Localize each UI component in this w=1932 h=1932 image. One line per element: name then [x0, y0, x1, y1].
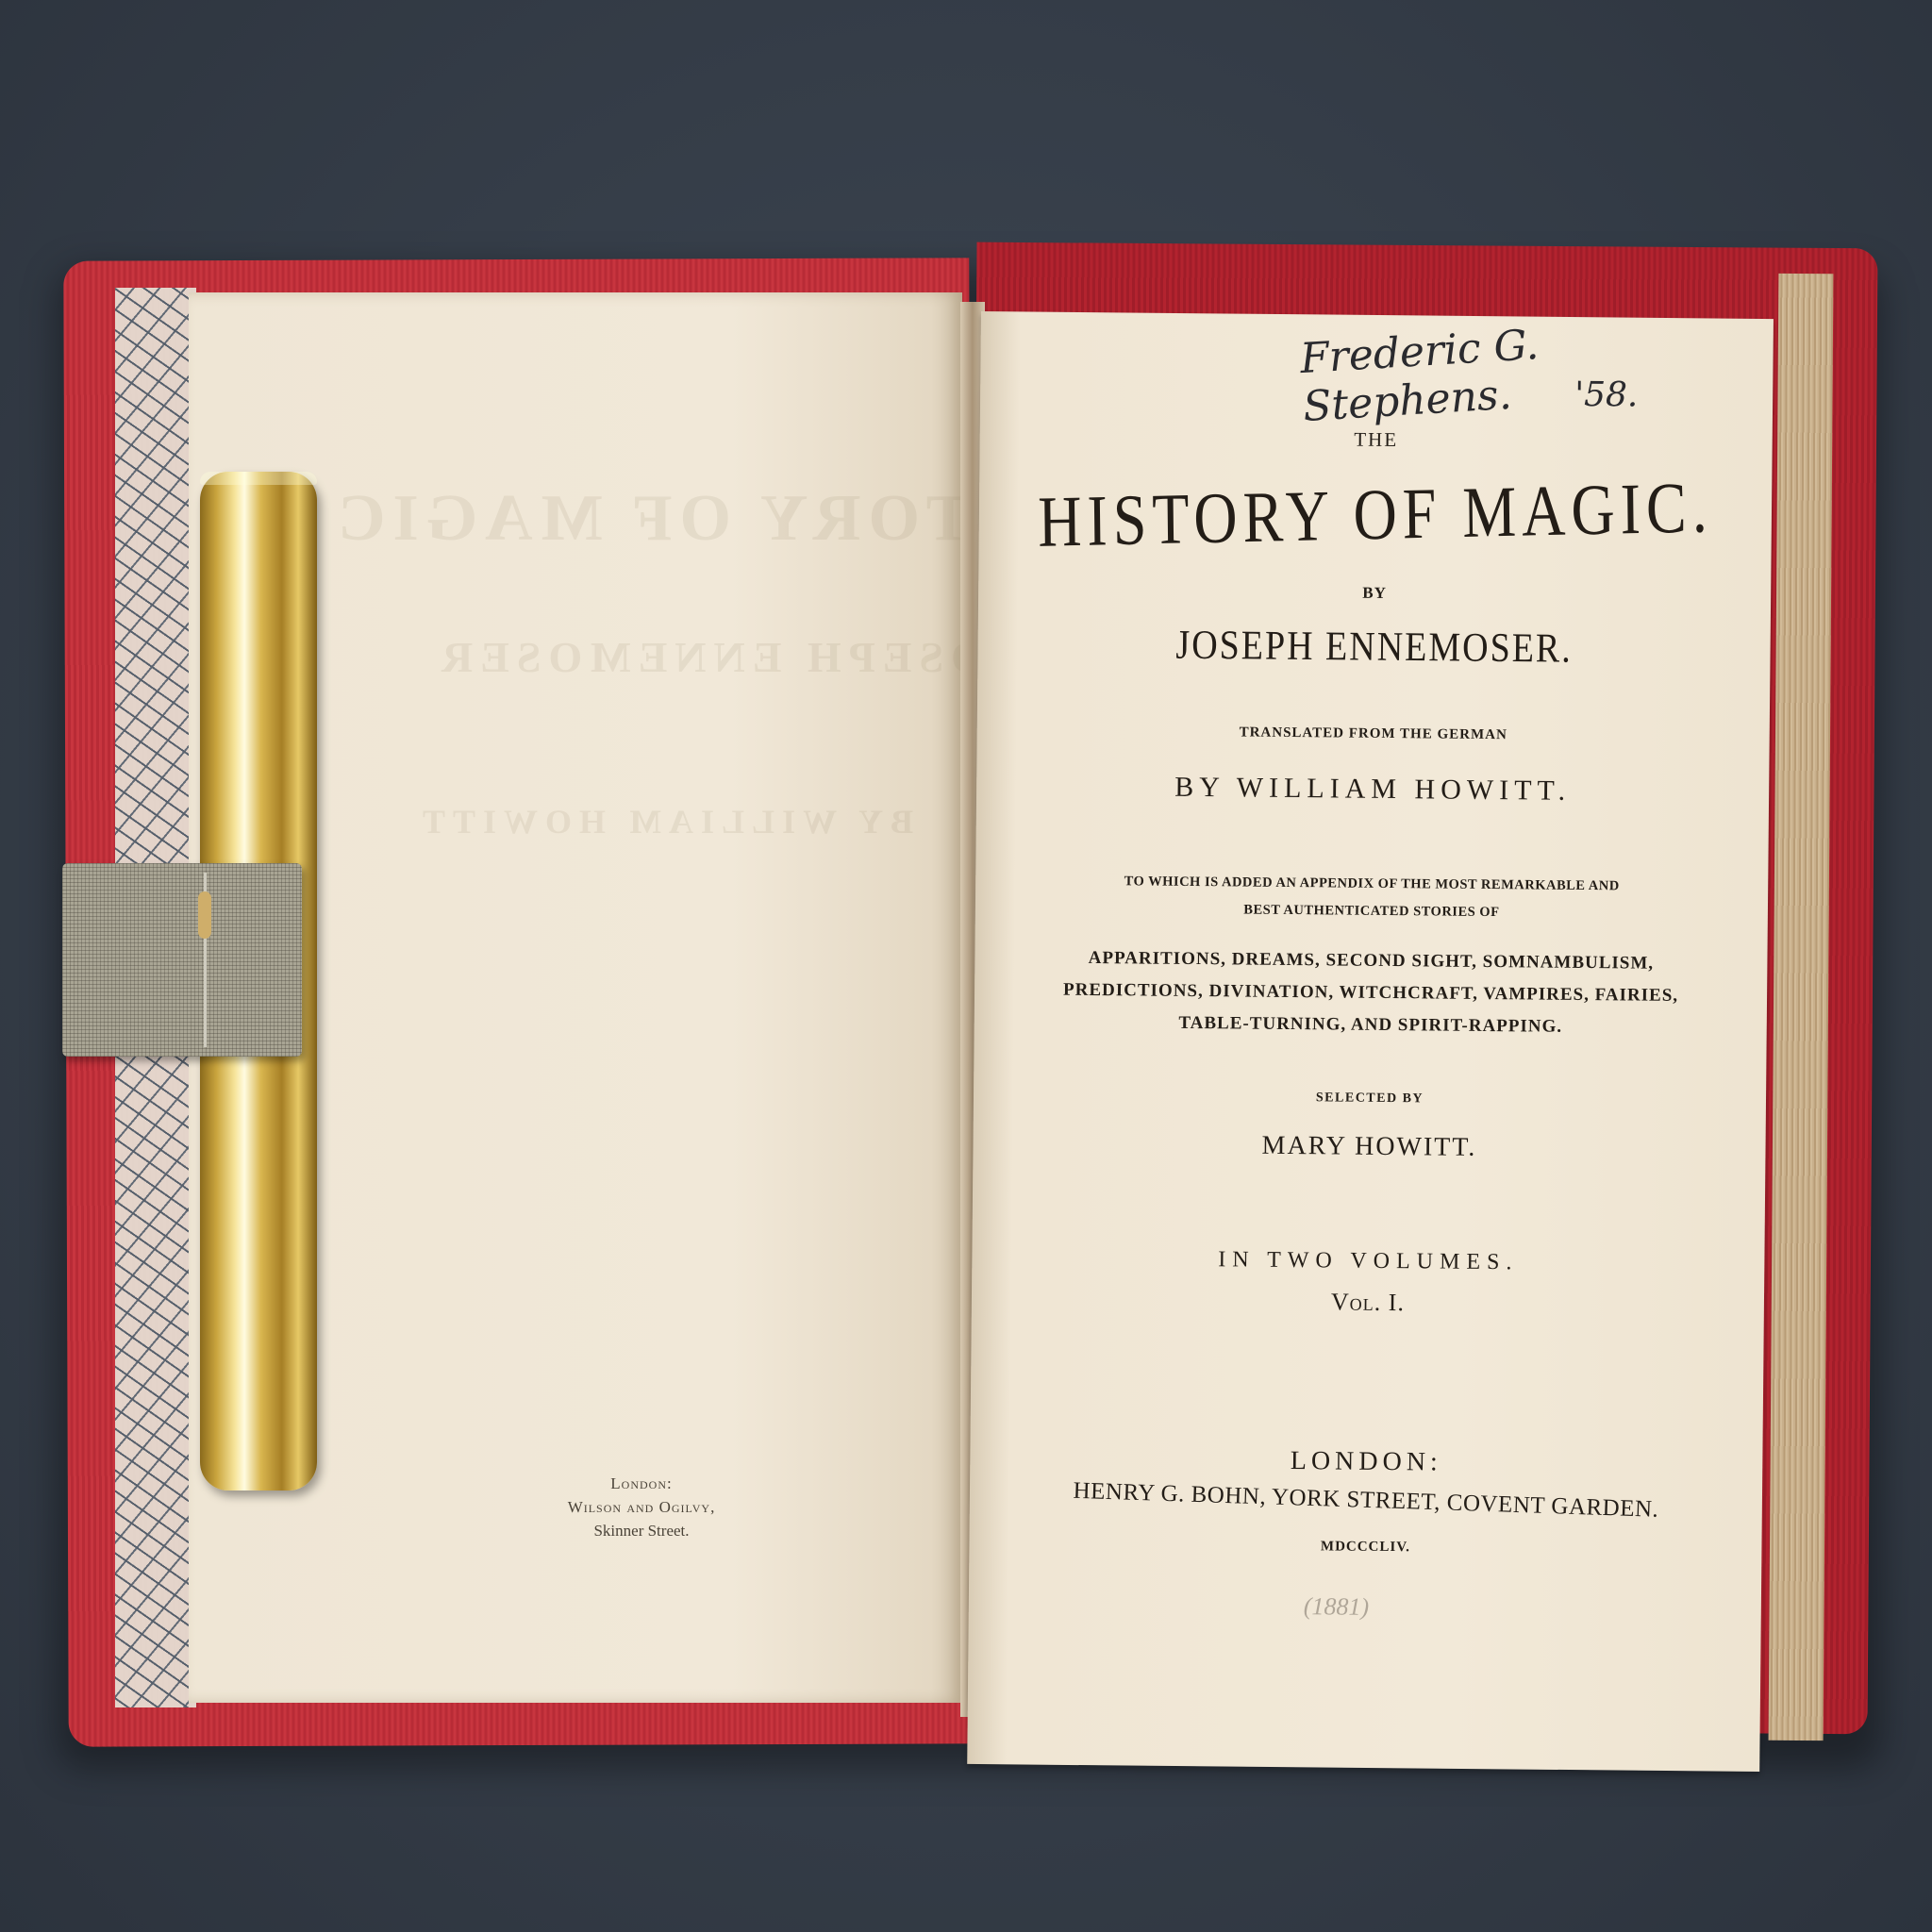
- show-through-translator: BY WILLIAM HOWITT: [415, 802, 913, 841]
- translated-label: TRANSLATED FROM THE GERMAN: [996, 723, 1751, 746]
- page-fore-edge: [1769, 274, 1834, 1740]
- ownership-inscription: Frederic G. Stephens.: [1299, 309, 1738, 431]
- fabric-pen-band: [62, 863, 302, 1057]
- band-knot: [198, 891, 211, 939]
- imprint-city: London:: [528, 1472, 755, 1495]
- volume-number: Vol. I.: [991, 1285, 1745, 1321]
- volumes-note: IN TWO VOLUMES.: [991, 1245, 1745, 1278]
- title-page: Frederic G. Stephens. '58. THE HISTORY O…: [987, 311, 1755, 1734]
- book-title: HISTORY OF MAGIC.: [997, 465, 1753, 565]
- author-name: JOSEPH ENNEMOSER.: [996, 620, 1751, 675]
- title-article: THE: [999, 425, 1754, 456]
- editor-name: MARY HOWITT.: [991, 1128, 1746, 1166]
- publication-date: MDCCCLIV.: [988, 1536, 1742, 1559]
- publisher: HENRY G. BOHN, YORK STREET, COVENT GARDE…: [989, 1475, 1743, 1526]
- show-through-author: JOSEPH ENNEMOSER: [434, 632, 1014, 682]
- appendix-line-2: BEST AUTHENTICATED STORIES OF: [994, 900, 1749, 924]
- by-label: BY: [997, 580, 1752, 607]
- pen-cap-icon: [200, 472, 317, 485]
- publication-place: LONDON:: [989, 1443, 1743, 1481]
- appendix-line-1: TO WHICH IS ADDED AN APPENDIX OF THE MOS…: [994, 873, 1749, 896]
- imprint-printer: Wilson and Ogilvy,: [528, 1495, 755, 1519]
- topics-list: APPARITIONS, DREAMS, SECOND SIGHT, SOMNA…: [993, 941, 1749, 1045]
- pencil-note: (1881): [1304, 1592, 1370, 1622]
- selected-by-label: SELECTED BY: [992, 1088, 1747, 1110]
- imprint-street: Skinner Street.: [528, 1519, 755, 1542]
- translator-name: BY WILLIAM HOWITT.: [995, 770, 1750, 809]
- printer-imprint: London: Wilson and Ogilvy, Skinner Stree…: [528, 1472, 755, 1542]
- inscription-year: '58.: [1574, 375, 1639, 415]
